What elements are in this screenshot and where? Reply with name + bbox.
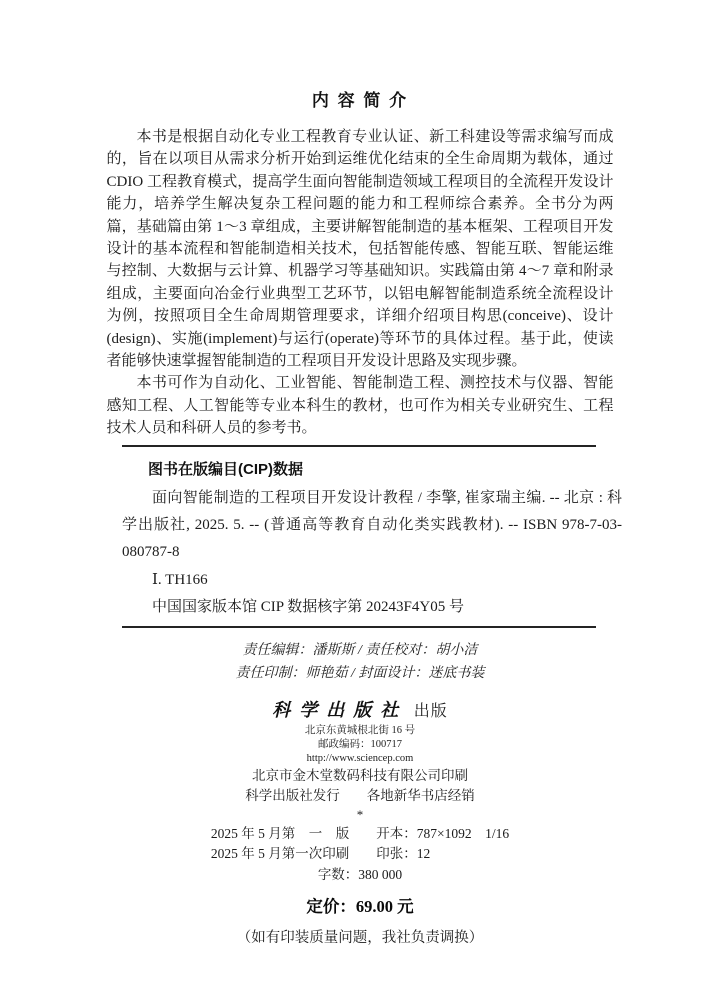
- publish-label: 出版: [414, 703, 448, 720]
- cip-record-number: 中国国家版本馆 CIP 数据核字第 20243F4Y05 号: [122, 594, 622, 626]
- word-count: 字数：380 000: [0, 865, 720, 885]
- staff-editors-line: 责任编辑：潘斯斯 / 责任校对：胡小洁: [0, 639, 720, 662]
- imprint-section: 科学出版社 出版 北京东黄城根北街 16 号 邮政编码：100717 http:…: [0, 698, 720, 821]
- publisher-address: 北京东黄城根北街 16 号: [0, 724, 720, 738]
- intro-body: 本书是根据自动化专业工程教育专业认证、新工科建设等需求编写而成的，旨在以项目从需…: [107, 126, 614, 440]
- distribution-line: 科学出版社发行 各地新华书店经销: [0, 786, 720, 806]
- website-url: http://www.sciencep.com: [0, 752, 720, 766]
- asterisk-separator: *: [0, 808, 720, 821]
- edition-block: 2025 年 5 月第 一 版 开本：787×1092 1/16 2025 年 …: [211, 824, 509, 864]
- intro-title: 内 容 简 介: [0, 0, 720, 111]
- quality-note: （如有印装质量问题，我社负责调换）: [0, 926, 720, 947]
- edition-line-1: 2025 年 5 月第 一 版 开本：787×1092 1/16: [211, 824, 509, 844]
- cip-top-rule: [122, 445, 596, 447]
- postal-code: 邮政编码：100717: [0, 738, 720, 752]
- cip-heading: 图书在版编目(CIP)数据: [148, 458, 622, 479]
- price: 定价：69.00 元: [0, 893, 720, 917]
- staff-credits: 责任编辑：潘斯斯 / 责任校对：胡小洁 责任印制：师艳茹 / 封面设计：迷底书装: [0, 639, 720, 685]
- cip-content: 图书在版编目(CIP)数据 面向智能制造的工程项目开发设计教程 / 李擎, 崔家…: [122, 458, 622, 626]
- cip-bottom-rule: [122, 626, 596, 628]
- copyright-page: 内 容 简 介 本书是根据自动化专业工程教育专业认证、新工科建设等需求编写而成的…: [0, 0, 720, 1000]
- edition-line-2: 2025 年 5 月第一次印刷 印张：12: [211, 844, 509, 864]
- publisher-logo: 科学出版社: [272, 700, 407, 720]
- cip-description: 面向智能制造的工程项目开发设计教程 / 李擎, 崔家瑞主编. -- 北京 : 科…: [122, 485, 622, 566]
- staff-print-design-line: 责任印制：师艳茹 / 封面设计：迷底书装: [0, 662, 720, 685]
- cip-classification: Ⅰ. TH166: [122, 567, 622, 594]
- printer-line: 北京市金木堂数码科技有限公司印刷: [0, 766, 720, 786]
- publisher-logo-line: 科学出版社 出版: [0, 698, 720, 724]
- intro-paragraph-1: 本书是根据自动化专业工程教育专业认证、新工科建设等需求编写而成的，旨在以项目从需…: [107, 126, 614, 372]
- cip-section: 图书在版编目(CIP)数据 面向智能制造的工程项目开发设计教程 / 李擎, 崔家…: [0, 445, 720, 628]
- intro-paragraph-2: 本书可作为自动化、工业智能、智能制造工程、测控技术与仪器、智能感知工程、人工智能…: [107, 372, 614, 439]
